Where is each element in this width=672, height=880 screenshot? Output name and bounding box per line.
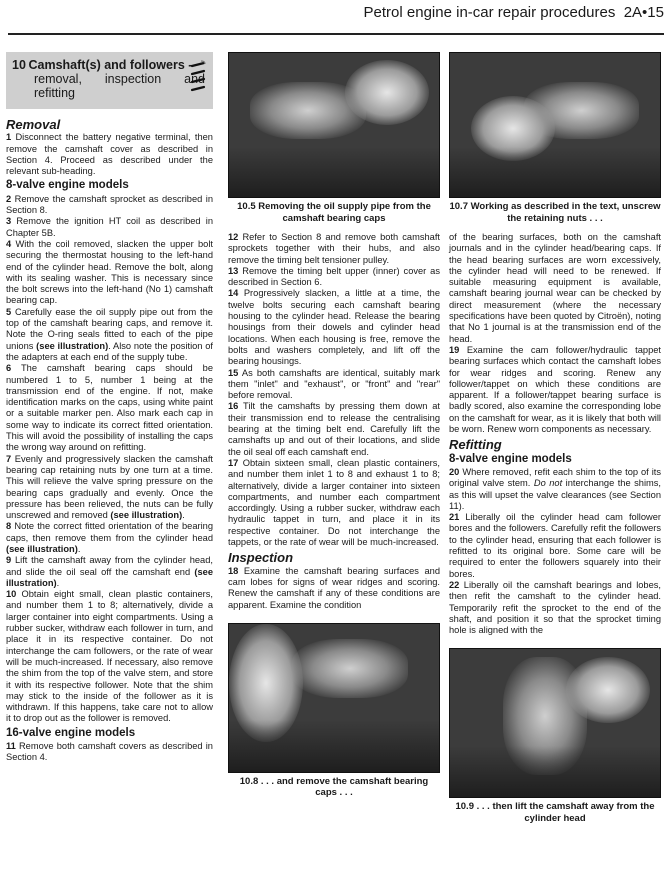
section-title: Camshaft(s) and followers - — [29, 58, 193, 72]
step-15: 15 As both camshafts are identical, suit… — [228, 368, 440, 402]
caption-10-7: 10.7 Working as described in the text, u… — [449, 201, 661, 224]
step-16: 16 Tilt the camshafts by pressing them d… — [228, 401, 440, 457]
caption-10-9: 10.9 . . . then lift the camshaft away f… — [449, 801, 661, 824]
step-8: 8 Note the correct fitted orientation of… — [6, 521, 213, 555]
heading-8-valve-refit: 8-valve engine models — [449, 454, 661, 465]
header-title: Petrol engine in-car repair procedures — [364, 4, 616, 21]
step-18-continued: of the bearing surfaces, both on the cam… — [449, 232, 661, 345]
spanner-difficulty-icon — [189, 60, 207, 100]
step-14: 14 Progressively slacken, a little at a … — [228, 288, 440, 367]
photo-10-5 — [228, 52, 440, 198]
step-18: 18 Examine the camshaft bearing surfaces… — [228, 566, 440, 611]
step-20: 20 Where removed, refit each shim to the… — [449, 467, 661, 512]
step-3: 3 Remove the ignition HT coil as describ… — [6, 216, 213, 239]
column-3: 10.7 Working as described in the text, u… — [449, 52, 661, 832]
section-number: 10 — [12, 58, 26, 72]
heading-refitting: Refitting — [449, 439, 661, 450]
step-5: 5 Carefully ease the oil supply pipe out… — [6, 307, 213, 363]
step-11: 11 Remove both camshaft covers as descri… — [6, 741, 213, 764]
caption-10-8: 10.8 . . . and remove the camshaft beari… — [228, 776, 440, 799]
step-21: 21 Liberally oil the cylinder head cam f… — [449, 512, 661, 580]
step-4: 4 With the coil removed, slacken the upp… — [6, 239, 213, 307]
step-6: 6 The camshaft bearing caps should be nu… — [6, 363, 213, 453]
step-13: 13 Remove the timing belt upper (inner) … — [228, 266, 440, 289]
heading-removal: Removal — [6, 119, 213, 130]
section-heading-box: 10 Camshaft(s) and followers - removal, … — [6, 52, 213, 109]
step-2: 2 Remove the camshaft sprocket as descri… — [6, 194, 213, 217]
step-19: 19 Examine the cam follower/hydraulic ta… — [449, 345, 661, 435]
heading-8-valve: 8-valve engine models — [6, 180, 213, 191]
step-1: 1 Disconnect the battery negative termin… — [6, 132, 213, 177]
step-12: 12 Refer to Section 8 and remove both ca… — [228, 232, 440, 266]
step-7: 7 Evenly and progressively slacken the c… — [6, 454, 213, 522]
photo-10-7 — [449, 52, 661, 198]
header-rule — [8, 33, 664, 35]
illustration-ref: (see illustration) — [6, 544, 78, 554]
step-10: 10 Obtain eight small, clean plastic con… — [6, 589, 213, 725]
illustration-ref: (see illustration) — [110, 510, 182, 520]
photo-10-8 — [228, 623, 440, 773]
column-1: 10 Camshaft(s) and followers - removal, … — [6, 52, 213, 764]
page-number: 2A•15 — [624, 4, 664, 21]
illustration-ref: (see illustration) — [36, 341, 108, 351]
section-subtitle: removal, inspection and refitting — [12, 72, 205, 100]
caption-10-5: 10.5 Removing the oil supply pipe from t… — [228, 201, 440, 224]
step-22: 22 Liberally oil the camshaft bearings a… — [449, 580, 661, 636]
column-2: 10.5 Removing the oil supply pipe from t… — [228, 52, 440, 807]
heading-16-valve: 16-valve engine models — [6, 728, 213, 739]
photo-10-9 — [449, 648, 661, 798]
heading-inspection: Inspection — [228, 552, 440, 563]
step-9: 9 Lift the camshaft away from the cylind… — [6, 555, 213, 589]
step-17: 17 Obtain sixteen small, clean plastic c… — [228, 458, 440, 548]
running-header: Petrol engine in-car repair procedures 2… — [364, 4, 664, 21]
